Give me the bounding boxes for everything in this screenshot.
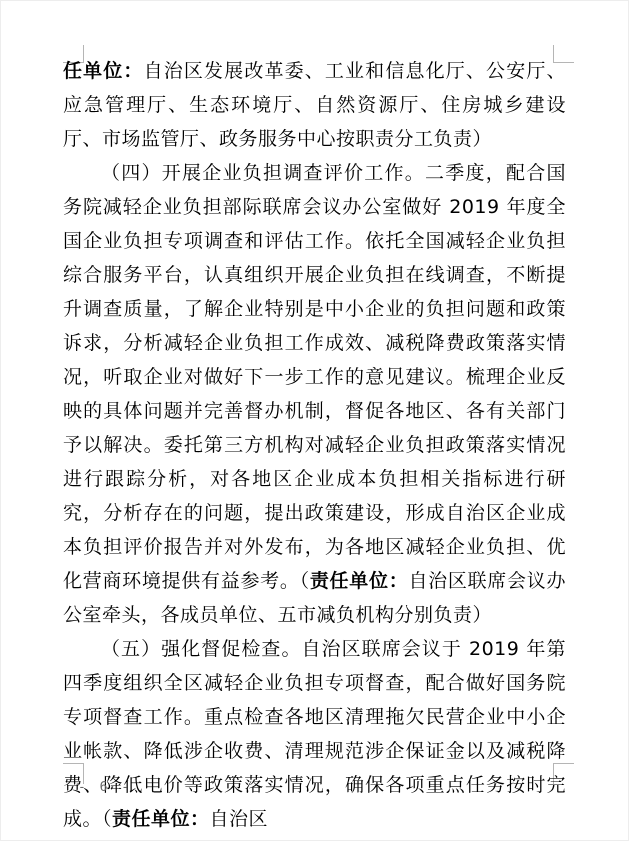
- paragraph-text: 二季度，配合国务院减轻企业负担部际联席会议办公室做好 2019 年度全国企业负担…: [63, 162, 566, 592]
- paragraph-item-four: （四）开展企业负担调查评价工作。二季度，配合国务院减轻企业负担部际联席会议办公室…: [63, 156, 566, 632]
- paragraph-item-five: （五）强化督促检查。自治区联席会议于 2019 年第四季度组织全区减轻企业负担专…: [63, 632, 566, 836]
- document-text-block: 任单位：自治区发展改革委、工业和信息化厅、公安厅、应急管理厅、生态环境厅、自然资…: [63, 54, 566, 836]
- responsible-unit-label: 任单位：: [63, 60, 144, 82]
- paragraph-text: 自治区: [210, 808, 269, 830]
- page-number: - 6 -: [78, 780, 132, 795]
- responsible-unit-label: 责任单位：: [112, 808, 210, 830]
- paragraph-responsible-units-continuation: 任单位：自治区发展改革委、工业和信息化厅、公安厅、应急管理厅、生态环境厅、自然资…: [63, 54, 566, 156]
- responsible-unit-label: 责任单位：: [310, 570, 409, 592]
- item-five-heading: （五）强化督促检查。: [101, 638, 302, 660]
- item-four-heading: （四）开展企业负担调查评价工作。: [101, 162, 425, 184]
- paragraph-text: 自治区联席会议于 2019 年第四季度组织全区减轻企业负担专项督查，配合做好国务…: [63, 638, 566, 830]
- document-page: 任单位：自治区发展改革委、工业和信息化厅、公安厅、应急管理厅、生态环境厅、自然资…: [0, 0, 629, 841]
